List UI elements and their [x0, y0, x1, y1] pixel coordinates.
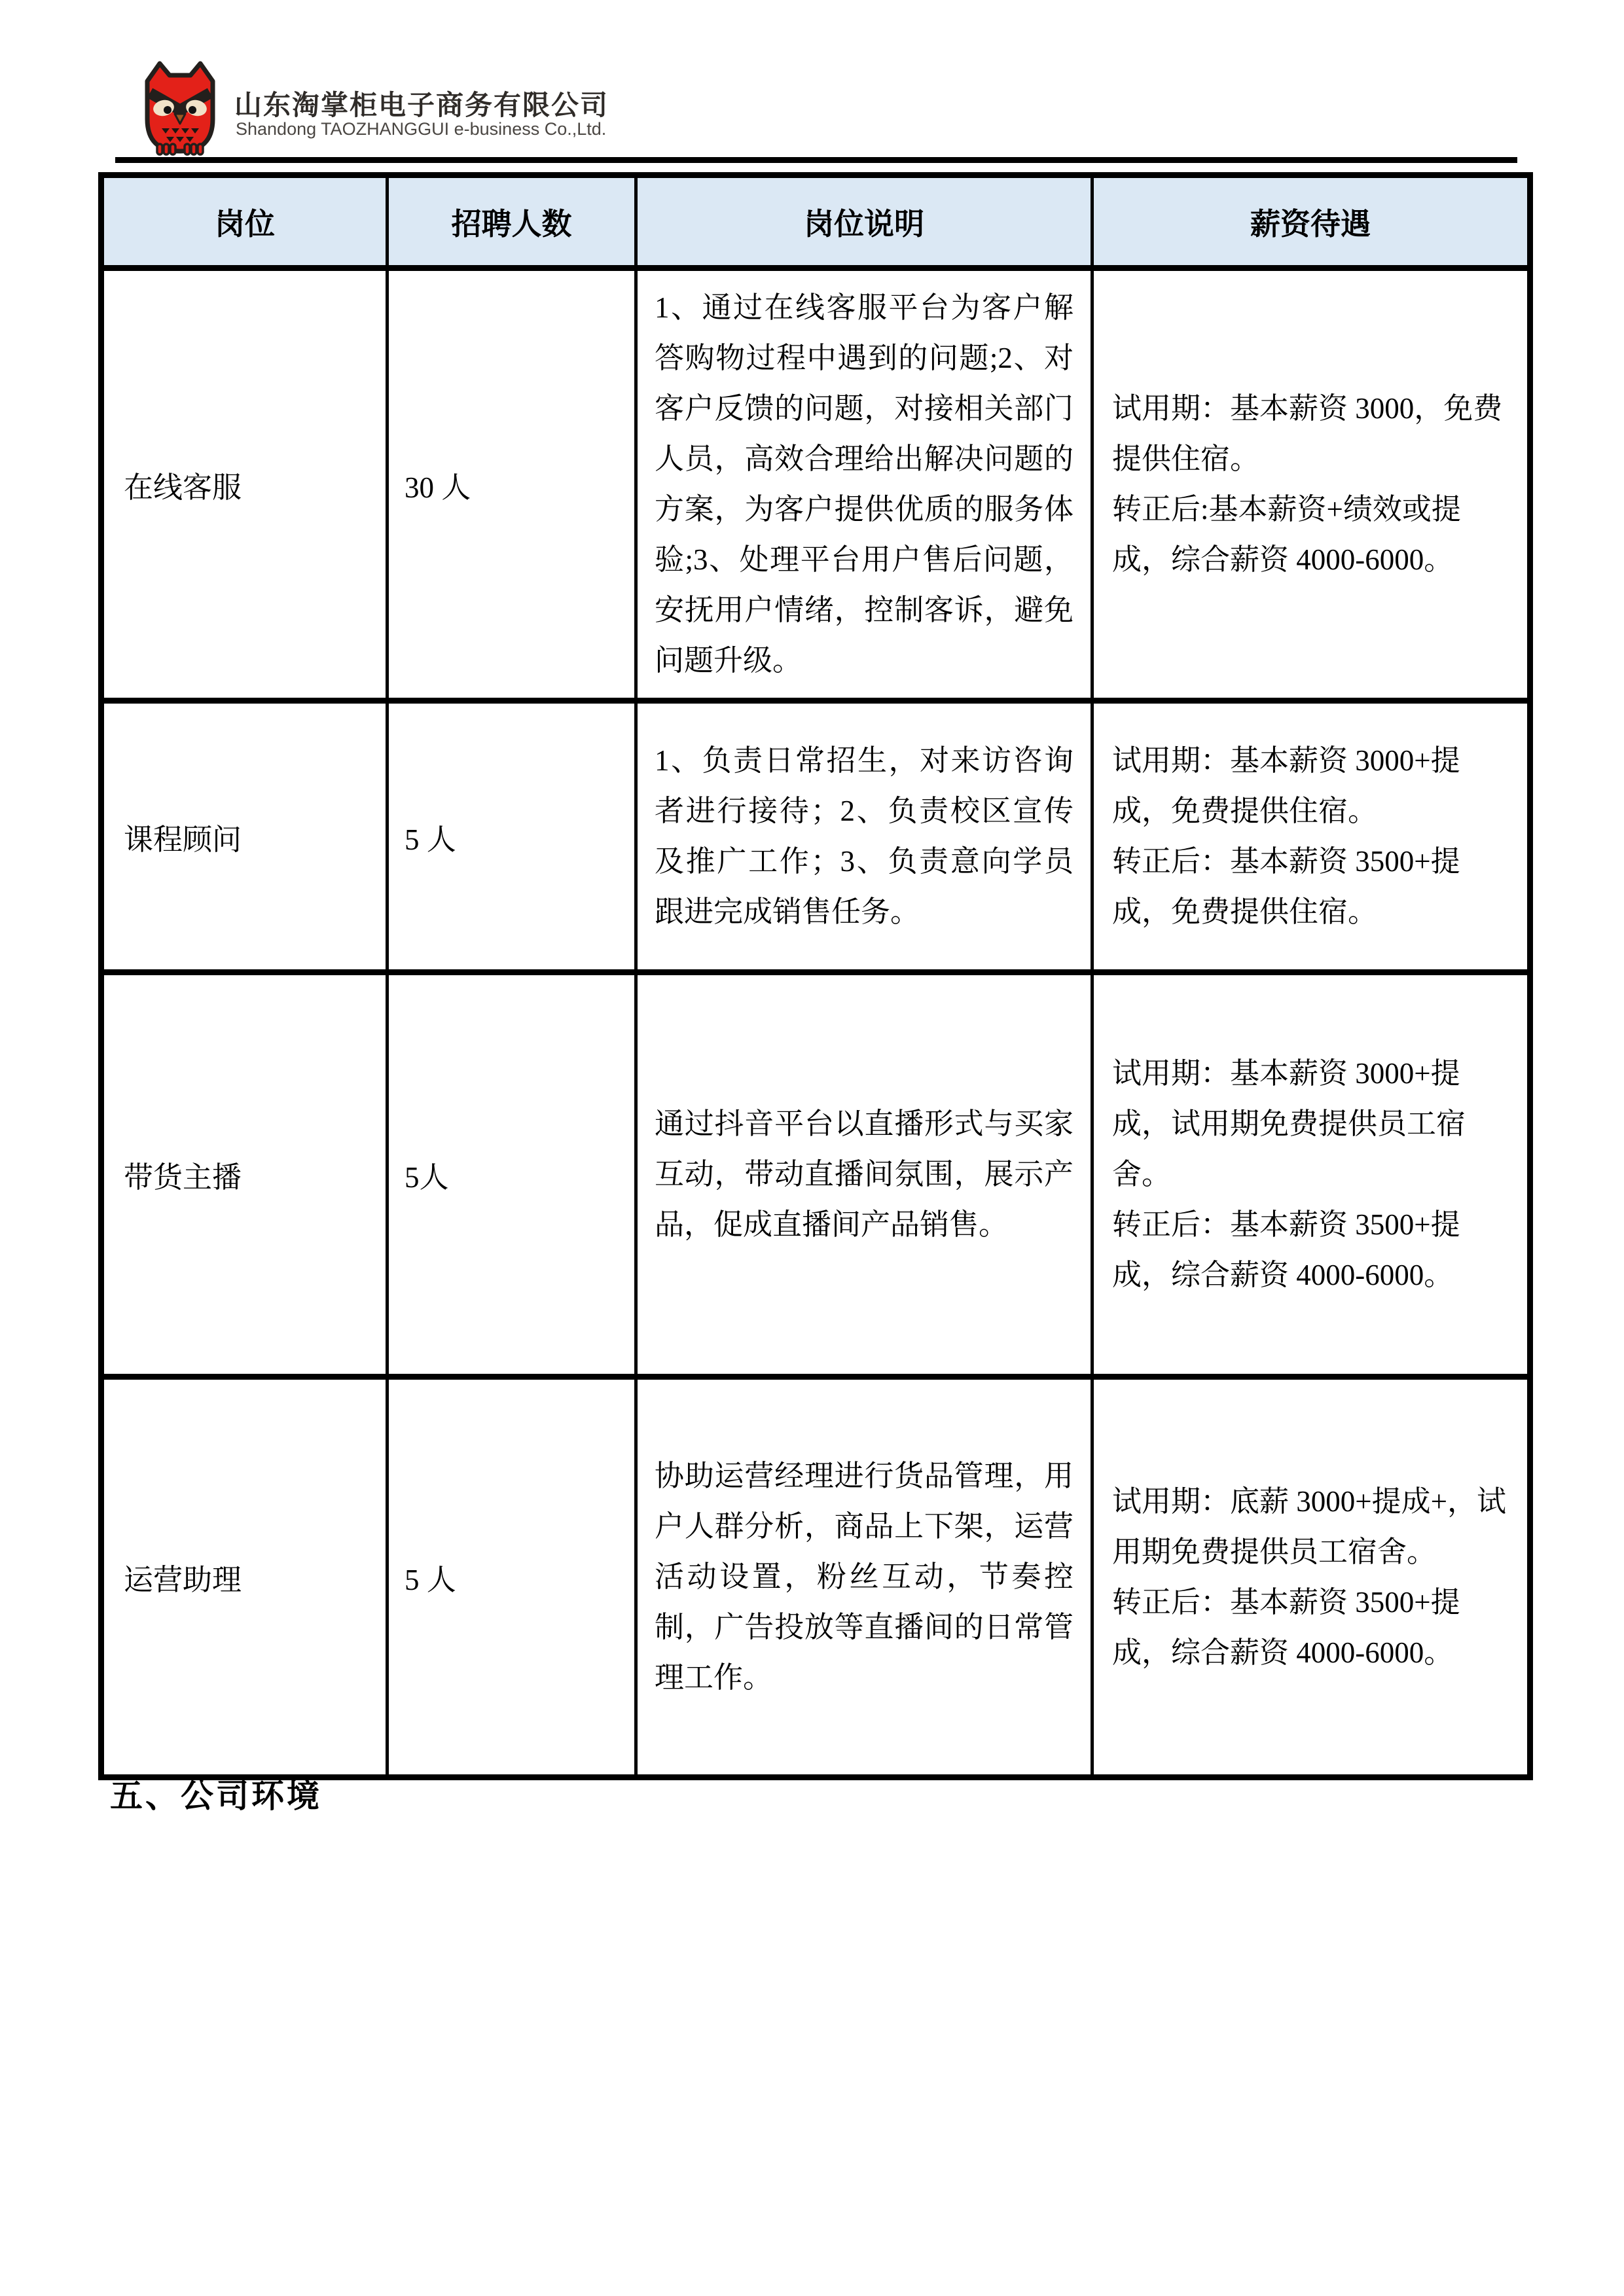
cell-headcount: 5人: [388, 973, 636, 1377]
salary-line: 试用期：底薪 3000+提成+，试用期免费提供员工宿舍。: [1112, 1477, 1509, 1577]
col-header-headcount: 招聘人数: [388, 175, 636, 268]
col-header-description: 岗位说明: [636, 175, 1092, 268]
salary-line: 转正后：基本薪资 3500+提成，免费提供住宿。: [1112, 836, 1509, 937]
cell-description: 协助运营经理进行货品管理，用户人群分析，商品上下架，运营活动设置，粉丝互动，节奏…: [636, 1377, 1092, 1778]
cell-salary: 试用期：底薪 3000+提成+，试用期免费提供员工宿舍。 转正后：基本薪资 35…: [1092, 1377, 1530, 1778]
table-row: 课程顾问 5 人 1、负责日常招生，对来访咨询者进行接待；2、负责校区宣传及推广…: [101, 701, 1530, 973]
cell-description: 通过抖音平台以直播形式与买家互动，带动直播间氛围，展示产品，促成直播间产品销售。: [636, 973, 1092, 1377]
salary-line: 转正后：基本薪资 3500+提成，综合薪资 4000-6000。: [1112, 1577, 1509, 1678]
cell-headcount: 30 人: [388, 268, 636, 701]
section-heading: 五、公司环境: [110, 1770, 322, 1817]
cell-salary: 试用期：基本薪资 3000，免费提供住宿。 转正后:基本薪资+绩效或提成，综合薪…: [1092, 268, 1530, 701]
salary-line: 转正后：基本薪资 3500+提成，综合薪资 4000-6000。: [1112, 1200, 1509, 1300]
salary-line: 转正后:基本薪资+绩效或提成，综合薪资 4000-6000。: [1112, 484, 1509, 585]
company-logo: [141, 58, 219, 157]
cell-salary: 试用期：基本薪资 3000+提成，免费提供住宿。 转正后：基本薪资 3500+提…: [1092, 701, 1530, 973]
cell-position: 运营助理: [101, 1377, 388, 1778]
company-name-cn: 山东淘掌柜电子商务有限公司: [234, 84, 609, 123]
header-divider: [115, 157, 1517, 163]
col-header-position: 岗位: [101, 175, 388, 268]
job-table: 岗位 招聘人数 岗位说明 薪资待遇 在线客服 30 人 1、通过在线客服平台为客…: [98, 172, 1533, 1780]
salary-line: 试用期：基本薪资 3000+提成，试用期免费提供员工宿舍。: [1112, 1049, 1509, 1200]
table-row: 在线客服 30 人 1、通过在线客服平台为客户解答购物过程中遇到的问题;2、对客…: [101, 268, 1530, 701]
col-header-salary: 薪资待遇: [1092, 175, 1530, 268]
cell-position: 带货主播: [101, 973, 388, 1377]
cell-position: 课程顾问: [101, 701, 388, 973]
salary-line: 试用期：基本薪资 3000+提成，免费提供住宿。: [1112, 736, 1509, 836]
cell-headcount: 5 人: [388, 1377, 636, 1778]
table-row: 运营助理 5 人 协助运营经理进行货品管理，用户人群分析，商品上下架，运营活动设…: [101, 1377, 1530, 1778]
table-header-row: 岗位 招聘人数 岗位说明 薪资待遇: [101, 175, 1530, 268]
company-name-en: Shandong TAOZHANGGUI e-business Co.,Ltd.: [236, 119, 606, 139]
cell-salary: 试用期：基本薪资 3000+提成，试用期免费提供员工宿舍。 转正后：基本薪资 3…: [1092, 973, 1530, 1377]
cell-description: 1、通过在线客服平台为客户解答购物过程中遇到的问题;2、对客户反馈的问题，对接相…: [636, 268, 1092, 701]
cell-position: 在线客服: [101, 268, 388, 701]
document-page: 山东淘掌柜电子商务有限公司 Shandong TAOZHANGGUI e-bus…: [0, 0, 1624, 2296]
salary-line: 试用期：基本薪资 3000，免费提供住宿。: [1112, 384, 1509, 484]
cell-description: 1、负责日常招生，对来访咨询者进行接待；2、负责校区宣传及推广工作；3、负责意向…: [636, 701, 1092, 973]
table-row: 带货主播 5人 通过抖音平台以直播形式与买家互动，带动直播间氛围，展示产品，促成…: [101, 973, 1530, 1377]
cell-headcount: 5 人: [388, 701, 636, 973]
